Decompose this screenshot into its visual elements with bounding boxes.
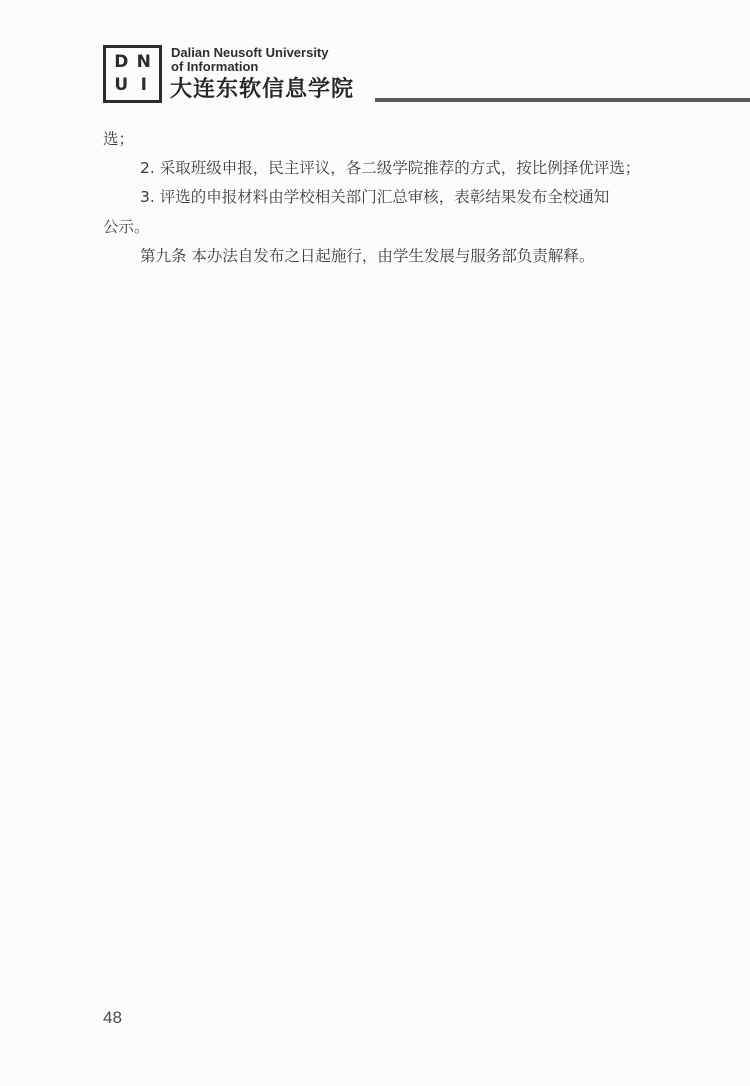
page-header: D N U I Dalian Neusoft University of Inf… [103,45,750,105]
university-name-cn: 大连东软信息学院 [170,77,354,103]
header-divider [375,98,750,102]
logo-letter-i: I [141,77,147,94]
university-name-en-line2: of Information [171,60,329,74]
document-body: 选； 2. 采取班级申报，民主评议，各二级学院推荐的方式，按比例择优评选； 3.… [103,125,678,271]
text-line-continuation: 选； [103,125,678,154]
text-line-item-3: 3. 评选的申报材料由学校相关部门汇总审核，表彰结果发布全校通知 [103,183,678,212]
logo-letter-u: U [114,77,128,94]
text-line-item-2: 2. 采取班级申报，民主评议，各二级学院推荐的方式，按比例择优评选； [103,154,678,183]
university-logo: D N U I [103,45,162,103]
text-line-item-3-cont: 公示。 [103,213,678,242]
page-number: 48 [103,1008,122,1028]
logo-letter-n: N [137,54,151,71]
logo-letter-d: D [114,54,128,71]
university-name-en-line1: Dalian Neusoft University [171,46,329,60]
text-line-article-9: 第九条 本办法自发布之日起施行，由学生发展与服务部负责解释。 [103,242,678,271]
university-name-en: Dalian Neusoft University of Information [171,46,329,74]
